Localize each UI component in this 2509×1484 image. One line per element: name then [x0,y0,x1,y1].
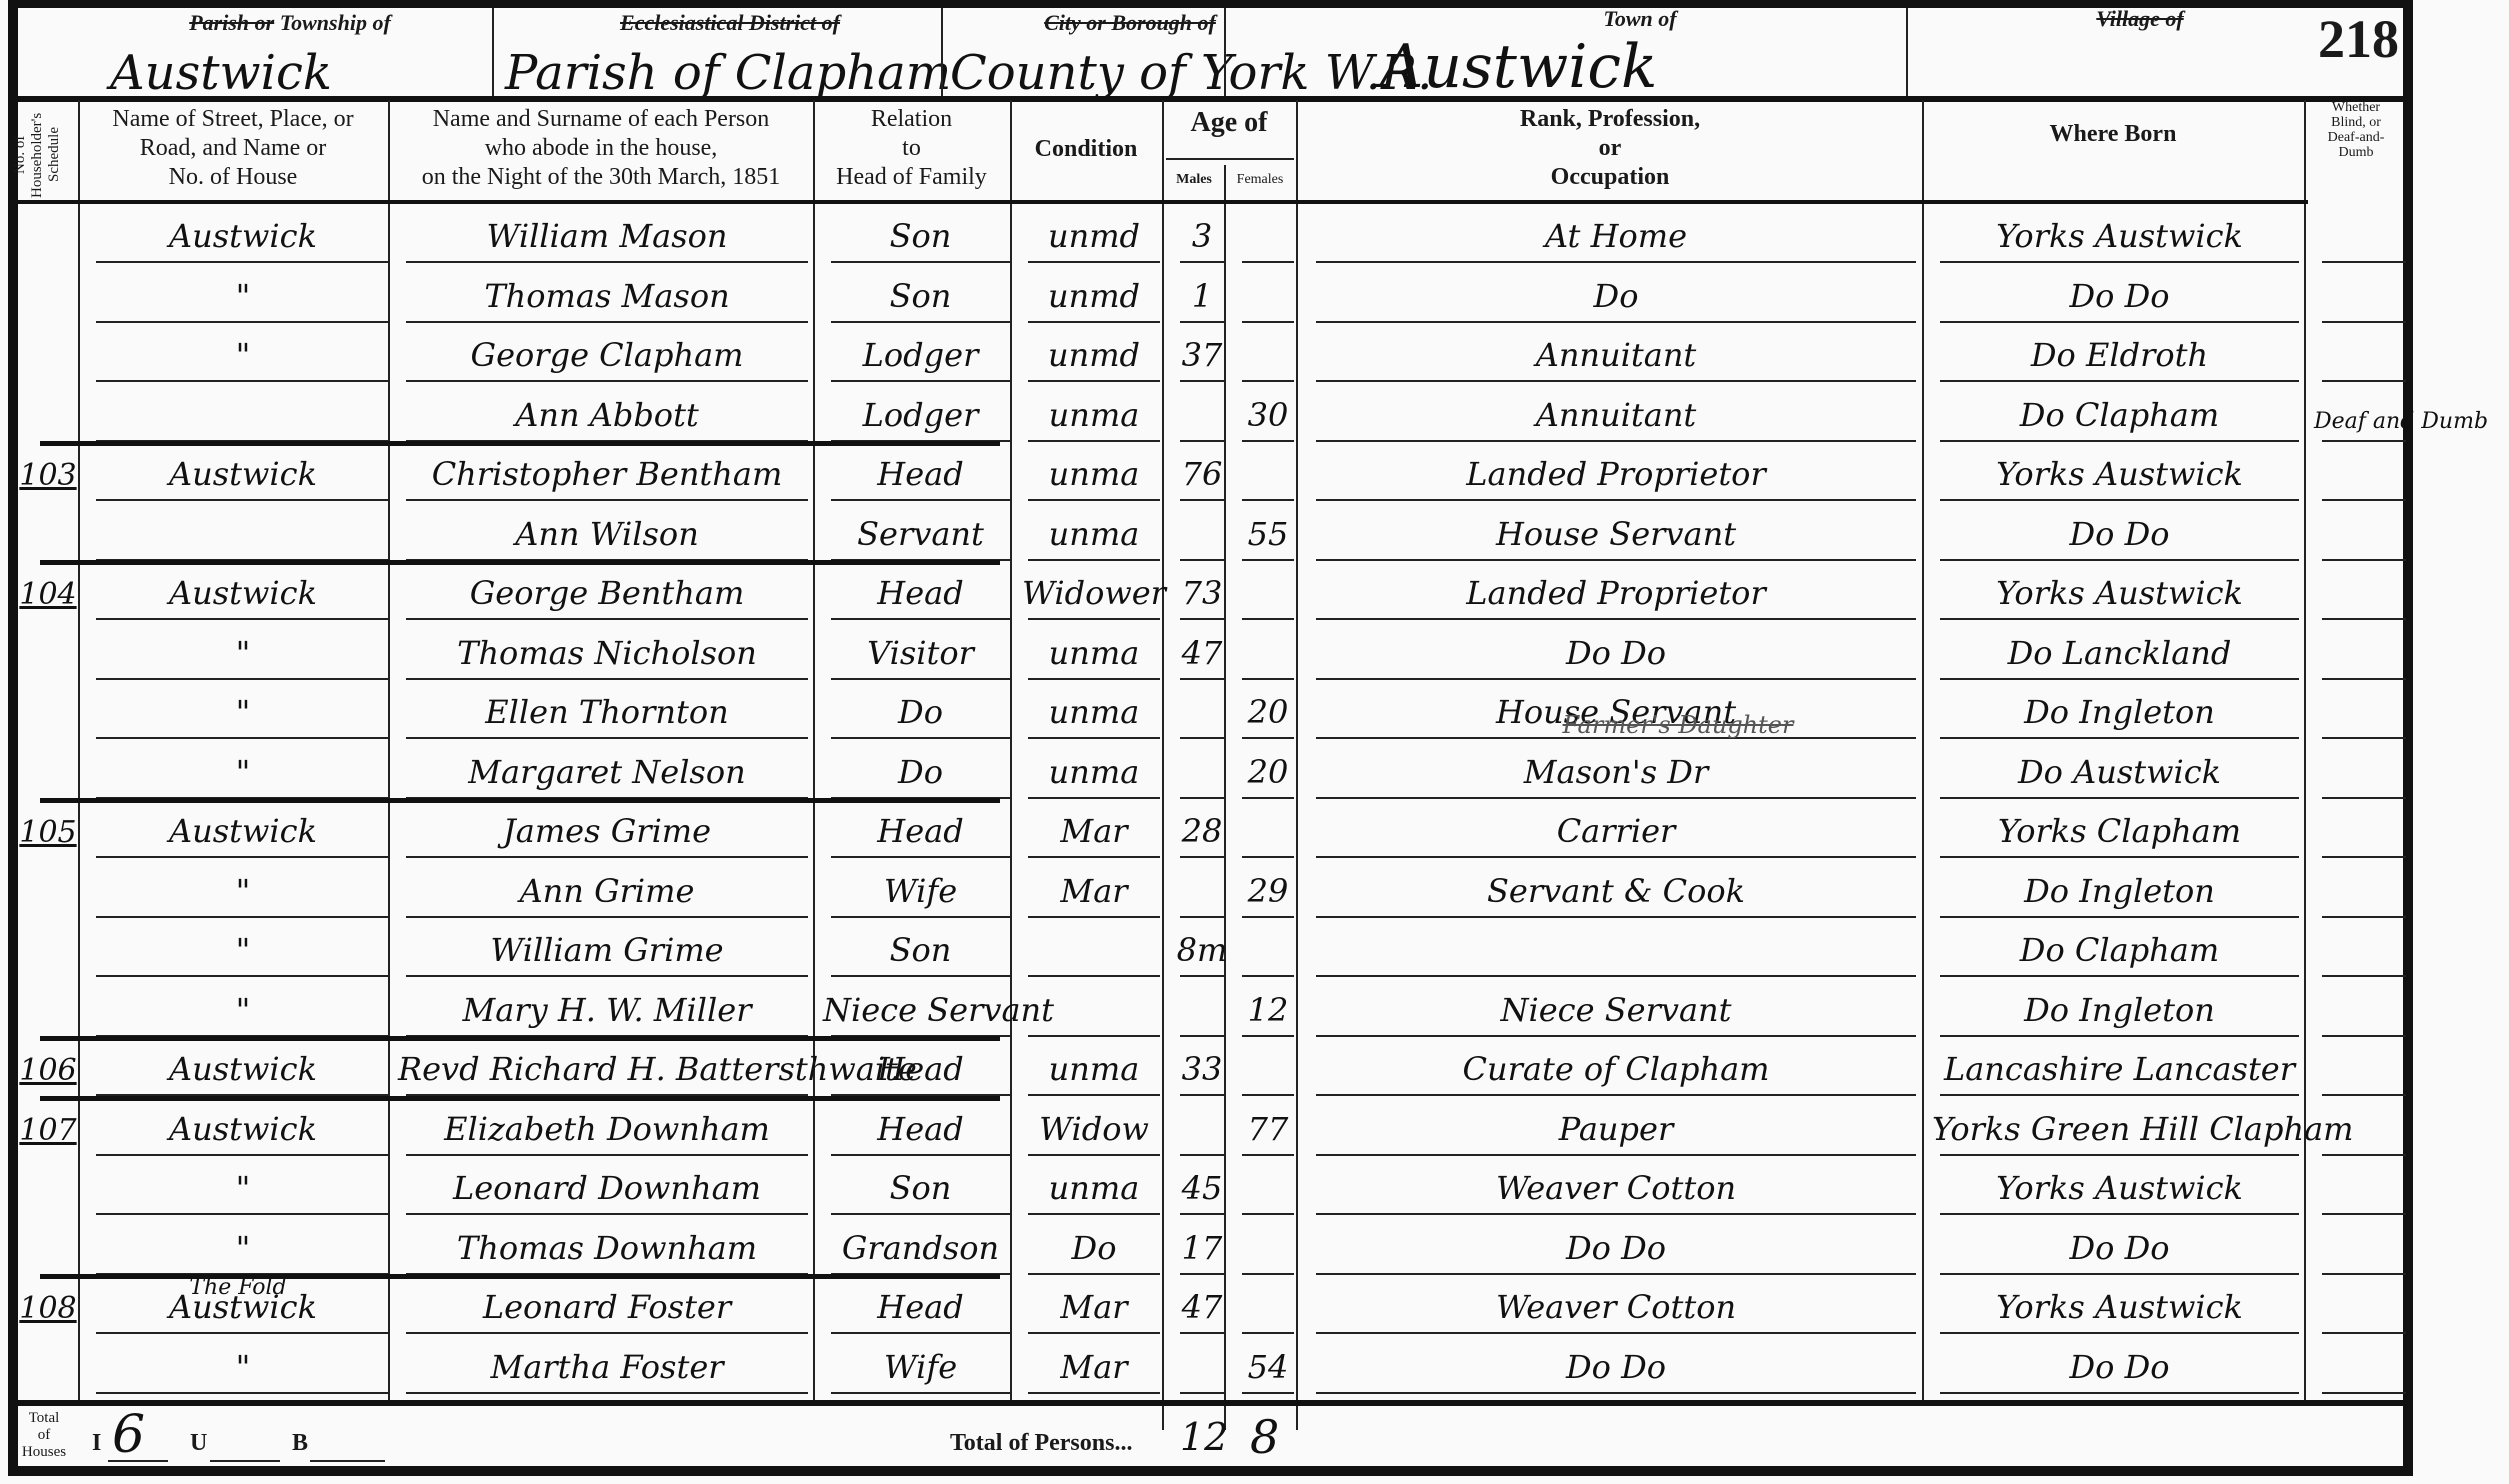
condition-cell: unma [1020,1169,1168,1207]
row-rule [1242,1273,1294,1275]
occupation-cell: Niece Servant [1308,991,1924,1029]
building-rule [310,1460,385,1462]
street-cell: " [88,1169,398,1207]
row-rule [1940,678,2299,680]
row-rule [1028,618,1160,620]
row-rule [1940,499,2299,501]
row-rule [1940,916,2299,918]
male-age-cell: 37 [1172,336,1232,374]
household-separator [40,1036,1000,1041]
col-occupation: Rank, Profession, or Occupation [1300,105,1920,192]
male-age-cell: 73 [1172,574,1232,612]
row-rule [1180,1094,1224,1096]
table-row: "Ann GrimeWifeMar29Servant & CookDo Ingl… [18,860,2413,918]
female-age-cell: 12 [1234,991,1302,1029]
street-cell: Austwick [88,812,398,850]
col-blind: Whether Blind, or Deaf-and- Dumb [2306,100,2406,160]
condition-cell: unma [1020,515,1168,553]
occupation-cell: Pauper [1308,1110,1924,1148]
col-name-line: Name and Surname of each Person [392,105,810,134]
street-cell: " [88,1348,398,1386]
female-age-cell: 77 [1234,1110,1302,1148]
occupation-struck-text: Farmer's Daughter [1438,711,1918,739]
row-rule [1940,261,2299,263]
row-rule [406,618,808,620]
name-cell: Ann Wilson [398,515,816,553]
table-row: Ann WilsonServantunma55House ServantDo D… [18,503,2413,561]
row-rule [2322,1332,2406,1334]
occupation-cell: Mason's Dr [1308,753,1924,791]
row-rule [1242,261,1294,263]
row-rule [2322,797,2406,799]
town-label: Town of [1560,6,1720,32]
table-row: "Thomas MasonSonunmd1DoDo Do [18,265,2413,323]
row-rule [406,1392,808,1394]
condition-cell: unma [1020,1050,1168,1088]
col-males: Males [1164,172,1224,187]
name-cell: Leonard Downham [398,1169,816,1207]
row-rule [1242,1035,1294,1037]
relation-cell: Grandson [823,1229,1018,1267]
row-rule [1242,916,1294,918]
row-rule [1940,1273,2299,1275]
row-rule [831,380,1010,382]
street-cell: " [88,634,398,672]
female-age-cell: 55 [1234,515,1302,553]
row-rule [2322,975,2406,977]
row-rule [1316,797,1916,799]
condition-cell: Mar [1020,1288,1168,1326]
condition-cell: unmd [1020,277,1168,315]
row-rule [1028,1154,1160,1156]
table-row: "Martha FosterWifeMar54Do DoDo Do [18,1336,2413,1394]
condition-cell: Widow [1020,1110,1168,1148]
row-rule [406,261,808,263]
row-rule [831,499,1010,501]
born-cell: Yorks Clapham [1932,812,2307,850]
relation-cell: Son [823,931,1018,969]
row-rule [406,499,808,501]
census-page: Parish or Township of Austwick Ecclesias… [0,0,2509,1484]
occupation-cell: Servant & Cook [1308,872,1924,910]
row-rule [1940,797,2299,799]
relation-cell: Head [823,455,1018,493]
condition-cell: unmd [1020,217,1168,255]
row-rule [2322,916,2406,918]
col-relation-line: to [815,134,1008,163]
row-rule [1028,975,1160,977]
row-rule [1940,975,2299,977]
row-rule [1242,1213,1294,1215]
row-rule [2322,1154,2406,1156]
female-age-cell: 54 [1234,1348,1302,1386]
row-rule [1940,380,2299,382]
row-rule [1242,618,1294,620]
relation-cell: Lodger [823,396,1018,434]
born-cell: Do Do [1932,1229,2307,1267]
parish-label: Parish or Township of [150,10,430,36]
row-rule [96,618,390,620]
born-cell: Do Do [1932,1348,2307,1386]
occupation-cell: Do Do [1308,634,1924,672]
row-rule [1242,1094,1294,1096]
row-rule [1180,1392,1224,1394]
relation-cell: Visitor [823,634,1018,672]
row-rule [1242,678,1294,680]
occupation-cell: Do Do [1308,1229,1924,1267]
row-rule [1028,737,1160,739]
relation-cell: Head [823,812,1018,850]
row-rule [1940,1035,2299,1037]
row-rule [1028,559,1160,561]
total-males: 12 [1180,1415,1228,1459]
row-rule [1940,559,2299,561]
table-row: AustwickWilliam MasonSonunmd3At HomeYork… [18,205,2413,263]
col-condition: Condition [1012,135,1160,164]
divider [492,8,494,98]
row-rule [1242,321,1294,323]
row-rule [2322,380,2406,382]
row-rule [2322,321,2406,323]
col-street: Name of Street, Place, or Road, and Name… [82,105,384,192]
row-rule [1940,1332,2299,1334]
row-rule [2322,737,2406,739]
row-rule [1242,1154,1294,1156]
street-cell: " [88,753,398,791]
row-rule [2322,1392,2406,1394]
col-blind-line: Dumb [2306,145,2406,160]
relation-cell: Son [823,217,1018,255]
row-rule [96,1154,390,1156]
row-rule [831,1213,1010,1215]
born-cell: Yorks Green Hill Clapham [1932,1110,2307,1148]
row-rule [1242,975,1294,977]
relation-cell: Head [823,574,1018,612]
city-label: City or Borough of [1000,10,1260,36]
col-relation-line: Relation [815,105,1008,134]
row-rule [96,1332,390,1334]
table-row: "Ellen ThorntonDounma20House ServantDo I… [18,681,2413,739]
table-row: 108AustwickLeonard FosterHeadMar47Weaver… [18,1276,2413,1334]
born-cell: Do Ingleton [1932,991,2307,1029]
row-rule [1180,1035,1224,1037]
name-cell: Thomas Mason [398,277,816,315]
occupation-cell: Landed Proprietor [1308,574,1924,612]
total-houses-line: Total [14,1410,74,1427]
row-rule [2322,678,2406,680]
street-cell: Austwick [88,574,398,612]
row-rule [1180,1213,1224,1215]
age-rule [1166,158,1294,160]
born-cell: Do Clapham [1932,931,2307,969]
born-cell: Yorks Austwick [1932,1288,2307,1326]
row-rule [1242,559,1294,561]
row-rule [831,618,1010,620]
row-rule [1316,261,1916,263]
row-rule [831,1154,1010,1156]
relation-cell: Do [823,753,1018,791]
street-cell: " [88,991,398,1029]
row-rule [1028,916,1160,918]
col-street-line: No. of House [82,163,384,192]
row-rule [1316,559,1916,561]
condition-cell: unma [1020,693,1168,731]
occupation-cell: Annuitant [1308,396,1924,434]
male-age-cell: 76 [1172,455,1232,493]
row-rule [1180,321,1224,323]
relation-cell: Son [823,277,1018,315]
schedule-number: 105 [18,815,78,850]
name-cell: Leonard Foster [398,1288,816,1326]
name-cell: George Clapham [398,336,816,374]
condition-cell: Mar [1020,1348,1168,1386]
table-row: "Mary H. W. MillerNiece Servant12Niece S… [18,979,2413,1037]
row-rule [406,916,808,918]
row-rule [1940,618,2299,620]
row-rule [1028,1094,1160,1096]
occupation-cell: Do [1308,277,1924,315]
col-blind-line: Whether [2306,100,2406,115]
row-rule [2322,261,2406,263]
born-cell: Lancashire Lancaster [1932,1050,2307,1088]
male-age-cell: 3 [1172,217,1232,255]
born-cell: Yorks Austwick [1932,1169,2307,1207]
household-separator [40,1274,1000,1279]
household-separator [40,798,1000,803]
male-age-cell: 33 [1172,1050,1232,1088]
row-rule [1028,1273,1160,1275]
table-row: "George ClaphamLodgerunmd37AnnuitantDo E… [18,324,2413,382]
row-rule [1180,618,1224,620]
inhabited-count: 6 [112,1405,145,1465]
row-rule [1028,261,1160,263]
row-rule [96,499,390,501]
row-rule [406,856,808,858]
col-females: Females [1226,172,1294,187]
row-rule [1940,1094,2299,1096]
street-cell: " [88,872,398,910]
row-rule [1180,1332,1224,1334]
occupation-cell: Do Do [1308,1348,1924,1386]
row-rule [1242,380,1294,382]
table-row: 107AustwickElizabeth DownhamHeadWidow77P… [18,1098,2413,1156]
street-cell: " [88,1229,398,1267]
born-cell: Do Ingleton [1932,872,2307,910]
table-row: Ann AbbottLodgerunma30AnnuitantDo Clapha… [18,384,2413,442]
row-rule [1028,1332,1160,1334]
row-rule [1180,440,1224,442]
row-rule [1180,499,1224,501]
row-rule [1028,380,1160,382]
row-rule [1316,499,1916,501]
relation-cell: Wife [823,872,1018,910]
row-rule [1180,559,1224,561]
ecclesiastical-label: Ecclesiastical District of [580,10,880,36]
condition-cell: Widower [1020,574,1168,612]
born-cell: Do Do [1932,277,2307,315]
row-rule [831,321,1010,323]
occupation-cell: Weaver Cotton [1308,1288,1924,1326]
condition-cell: Do [1020,1229,1168,1267]
relation-cell: Head [823,1288,1018,1326]
household-separator [40,560,1000,565]
male-age-cell: 8m [1172,931,1232,969]
name-cell: Christopher Bentham [398,455,816,493]
male-age-cell: 17 [1172,1229,1232,1267]
occupation-cell: House Servant [1308,515,1924,553]
inhabited-prefix: I [92,1430,101,1457]
street-cell: Austwick [88,455,398,493]
row-rule [96,261,390,263]
row-rule [1940,1392,2299,1394]
street-cell: " [88,931,398,969]
row-rule [406,1154,808,1156]
row-rule [1242,737,1294,739]
row-rule [1316,1154,1916,1156]
row-rule [1316,1094,1916,1096]
table-row: 103AustwickChristopher BenthamHeadunma76… [18,443,2413,501]
male-age-cell: 28 [1172,812,1232,850]
household-separator [40,441,1000,446]
row-rule [831,1332,1010,1334]
female-age-cell: 29 [1234,872,1302,910]
row-rule [2322,499,2406,501]
page-number: 218 [2318,8,2399,70]
row-rule [1180,1154,1224,1156]
relation-cell: Head [823,1110,1018,1148]
row-rule [831,856,1010,858]
name-cell: Ann Abbott [398,396,816,434]
total-females: 8 [1250,1410,1279,1464]
column-header-rule [8,200,2308,204]
row-rule [96,975,390,977]
table-row: "Thomas DownhamGrandsonDo17Do DoDo Do [18,1217,2413,1275]
female-age-cell: 30 [1234,396,1302,434]
name-cell: Martha Foster [398,1348,816,1386]
born-cell: Do Eldroth [1932,336,2307,374]
row-rule [1180,678,1224,680]
condition-cell: unma [1020,396,1168,434]
street-cell: " [88,277,398,315]
col-age: Age of [1164,108,1294,137]
row-rule [2322,559,2406,561]
row-rule [1316,380,1916,382]
relation-cell: Do [823,693,1018,731]
row-rule [1242,1392,1294,1394]
occupation-cell: Annuitant [1308,336,1924,374]
col-relation-line: Head of Family [815,163,1008,192]
row-rule [1180,856,1224,858]
row-rule [2322,856,2406,858]
table-row: "Thomas NicholsonVisitorunma47Do DoDo La… [18,622,2413,680]
uninhabited-rule [210,1460,280,1462]
table-row: "Margaret NelsonDounma20Mason's DrDo Aus… [18,741,2413,799]
inhabited-rule [108,1460,168,1462]
row-rule [1028,1035,1160,1037]
col-name-line: who abode in the house, [392,134,810,163]
row-rule [406,737,808,739]
row-rule [1940,1213,2299,1215]
row-rule [1028,678,1160,680]
row-rule [96,321,390,323]
name-cell: James Grime [398,812,816,850]
condition-cell: unmd [1020,336,1168,374]
schedule-number: 104 [18,577,78,612]
female-age-cell: 20 [1234,693,1302,731]
male-age-cell: 47 [1172,634,1232,672]
row-rule [1316,440,1916,442]
occupation-cell: Curate of Clapham [1308,1050,1924,1088]
household-separator [40,1096,1000,1101]
row-rule [1242,856,1294,858]
row-rule [831,916,1010,918]
row-rule [1180,380,1224,382]
occupation-cell: At Home [1308,217,1924,255]
row-rule [406,975,808,977]
female-age-cell: 20 [1234,753,1302,791]
parish-label-struck: Parish or [189,10,274,35]
row-rule [1180,975,1224,977]
male-age-cell: 45 [1172,1169,1232,1207]
row-rule [96,1392,390,1394]
row-rule [1242,499,1294,501]
name-cell: William Mason [398,217,816,255]
city-value: County of York W.R. [950,45,1432,101]
relation-cell: Servant [823,515,1018,553]
row-rule [1028,856,1160,858]
born-cell: Do Lanckland [1932,634,2307,672]
row-rule [831,261,1010,263]
row-rule [96,380,390,382]
street-cell: Austwick [88,1110,398,1148]
name-cell: Ann Grime [398,872,816,910]
row-rule [1242,1332,1294,1334]
row-rule [1940,737,2299,739]
row-rule [2322,440,2406,442]
table-row: "William GrimeSon8mDo Clapham [18,919,2413,977]
footer-rule [8,1400,2413,1406]
parish-label-text: Township of [280,10,391,35]
row-rule [1180,797,1224,799]
schedule-number: 103 [18,458,78,493]
row-rule [1028,321,1160,323]
name-cell: Revd Richard H. Battersthwaite [398,1050,816,1088]
table-row: 106AustwickRevd Richard H. Battersthwait… [18,1038,2413,1096]
col-occupation-line: Occupation [1300,163,1920,192]
name-cell: Elizabeth Downham [398,1110,816,1148]
col-born: Where Born [1924,120,2302,149]
row-rule [1940,856,2299,858]
village-label: Village of [2080,6,2200,32]
occupation-cell: Weaver Cotton [1308,1169,1924,1207]
occupation-cell: Carrier [1308,812,1924,850]
col-occupation-line: Rank, Profession, [1300,105,1920,134]
row-rule [1316,618,1916,620]
condition-cell: Mar [1020,812,1168,850]
row-rule [1316,1392,1916,1394]
total-houses-line: Houses [14,1444,74,1461]
row-rule [2322,1213,2406,1215]
relation-cell: Wife [823,1348,1018,1386]
row-rule [1316,678,1916,680]
row-rule [96,1213,390,1215]
row-rule [1316,321,1916,323]
schedule-number: 106 [18,1053,78,1088]
row-rule [1180,916,1224,918]
divider [1906,8,1908,98]
row-rule [831,975,1010,977]
row-rule [1316,1213,1916,1215]
